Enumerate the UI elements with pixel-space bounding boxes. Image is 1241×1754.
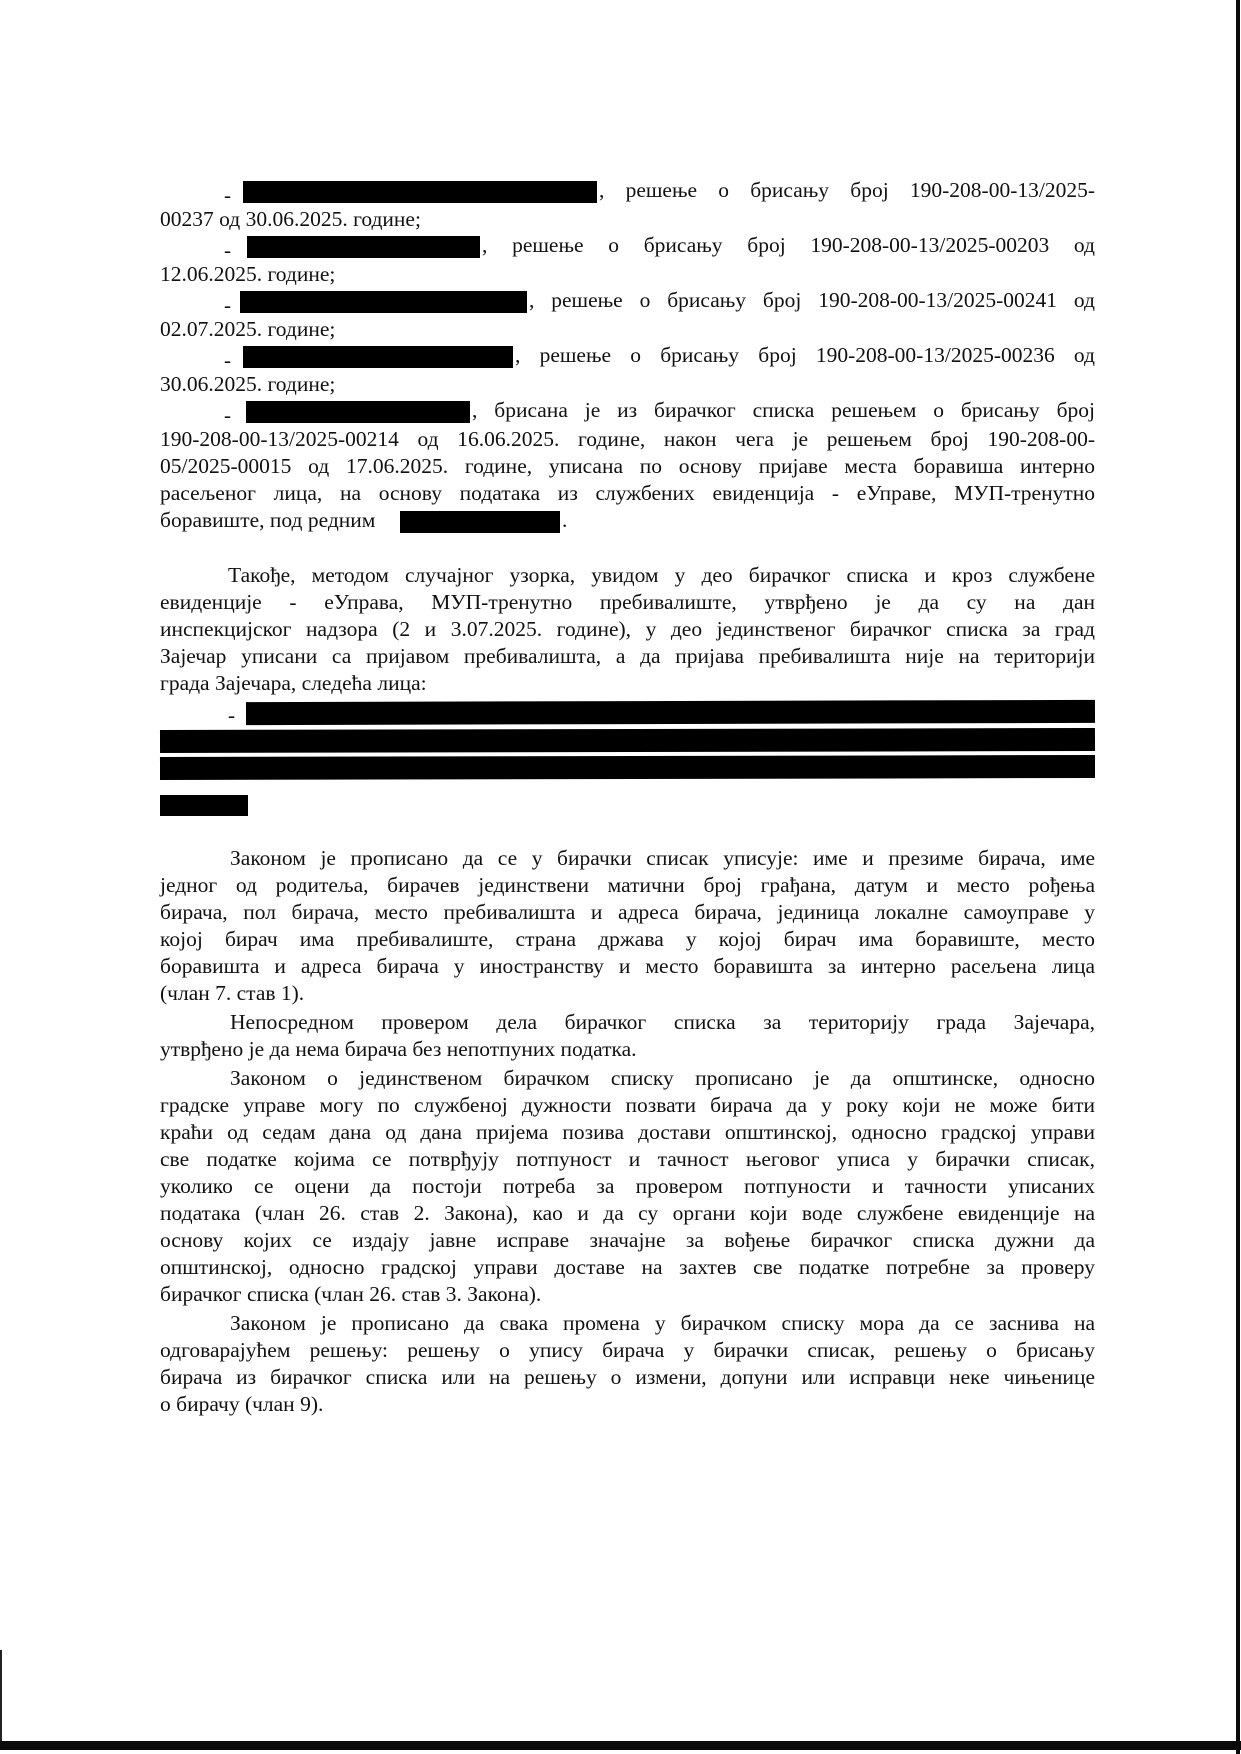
paragraph-line: евиденције - еУправа, МУП-тренутно преби… bbox=[160, 590, 1095, 615]
redaction-block bbox=[243, 346, 513, 368]
list-item-text: , решење о брисању број 190-208-00-13/20… bbox=[515, 343, 1095, 368]
paragraph-line: Непосредном провером дела бирачког списк… bbox=[230, 1010, 1095, 1035]
redaction-block bbox=[400, 511, 560, 533]
list-item-text: , решење о брисању број 190-208-00-13/20… bbox=[599, 178, 1095, 203]
scan-edge-left bbox=[0, 1650, 2, 1750]
redaction-block bbox=[160, 795, 248, 816]
list-item-text: 00237 од 30.06.2025. године; bbox=[160, 207, 1095, 232]
paragraph-line: бирачког списка (члан 26. став 3. Закона… bbox=[160, 1282, 1095, 1307]
paragraph-line: града Зајечара, следећа лица: bbox=[160, 671, 1095, 696]
paragraph-line: градске управе могу по службеној дужност… bbox=[160, 1093, 1095, 1118]
list-item-text: , решење о брисању број 190-208-00-13/20… bbox=[482, 233, 1095, 258]
paragraph-line: уколико се оцени да постоји потреба за п… bbox=[160, 1174, 1095, 1199]
list-item-text: 05/2025-00015 од 17.06.2025. године, упи… bbox=[160, 454, 1095, 479]
paragraph-line: Зајечар уписани са пријавом пребивалишта… bbox=[160, 644, 1095, 669]
scan-edge-bottom bbox=[0, 1741, 1241, 1750]
paragraph-line: општинској, односно градској управи дост… bbox=[160, 1255, 1095, 1280]
list-bullet: - bbox=[224, 293, 231, 318]
redaction-block bbox=[243, 181, 597, 203]
paragraph-line: (члан 7. став 1). bbox=[160, 981, 1095, 1006]
paragraph-line: утврђено је да нема бирача без непотпуни… bbox=[160, 1037, 1095, 1062]
redaction-block bbox=[240, 291, 527, 313]
list-bullet: - bbox=[224, 403, 231, 428]
paragraph-line: краћи од седам дана од дана пријема пози… bbox=[160, 1120, 1095, 1145]
list-bullet: - bbox=[224, 183, 231, 208]
paragraph-line: података (члан 26. став 2. Закона), као … bbox=[160, 1201, 1095, 1226]
paragraph-line: Законом о јединственом бирачком списку п… bbox=[230, 1066, 1095, 1091]
paragraph-line: Такође, методом случајног узорка, увидом… bbox=[228, 563, 1095, 588]
list-bullet: - bbox=[224, 238, 231, 263]
paragraph-line: бирача из бирачког списка или на решењу … bbox=[160, 1365, 1095, 1390]
list-item-text: расељеног лица, на основу података из сл… bbox=[160, 481, 1095, 506]
list-bullet: - bbox=[228, 703, 235, 728]
paragraph-line: којој бирач има пребивалиште, страна држ… bbox=[160, 927, 1095, 952]
paragraph-line: Законом је прописано да свака промена у … bbox=[230, 1311, 1095, 1336]
paragraph-line: основу којих се издају јавне исправе зна… bbox=[160, 1228, 1095, 1253]
paragraph-line: све податке којима се потврђују потпунос… bbox=[160, 1147, 1095, 1172]
paragraph-line: боравишта и адреса бирача у иностранству… bbox=[160, 954, 1095, 979]
list-item-text: 190-208-00-13/2025-00214 од 16.06.2025. … bbox=[160, 427, 1095, 452]
paragraph-line: једног од родитеља, бирачев јединствени … bbox=[160, 873, 1095, 898]
list-item-text: , брисана је из бирачког списка решењем … bbox=[472, 398, 1095, 423]
paragraph-line: о бирачу (члан 9). bbox=[160, 1392, 1095, 1417]
list-item-text: . bbox=[562, 508, 567, 533]
paragraph-line: инспекцијског надзора (2 и 3.07.2025. го… bbox=[160, 617, 1095, 642]
list-item-text: 30.06.2025. године; bbox=[160, 372, 1095, 397]
paragraph-line: бирача, пол бирача, место пребивалишта и… bbox=[160, 900, 1095, 925]
list-item-text: , решење о брисању број 190-208-00-13/20… bbox=[529, 288, 1095, 313]
redaction-block bbox=[246, 401, 470, 423]
list-item-text: 02.07.2025. године; bbox=[160, 317, 1095, 342]
paragraph-line: Законом је прописано да се у бирачки спи… bbox=[230, 846, 1095, 871]
list-item-text: 12.06.2025. године; bbox=[160, 262, 1095, 287]
redaction-block bbox=[160, 755, 1095, 780]
redaction-block bbox=[247, 236, 480, 258]
redaction-block bbox=[160, 728, 1095, 753]
list-bullet: - bbox=[224, 348, 231, 373]
scan-edge-right bbox=[1236, 0, 1240, 1754]
redaction-block bbox=[246, 700, 1095, 725]
paragraph-line: одговарајућем решењу: решењу о упису бир… bbox=[160, 1338, 1095, 1363]
list-item-text: боравиште, под редним bbox=[160, 508, 375, 533]
